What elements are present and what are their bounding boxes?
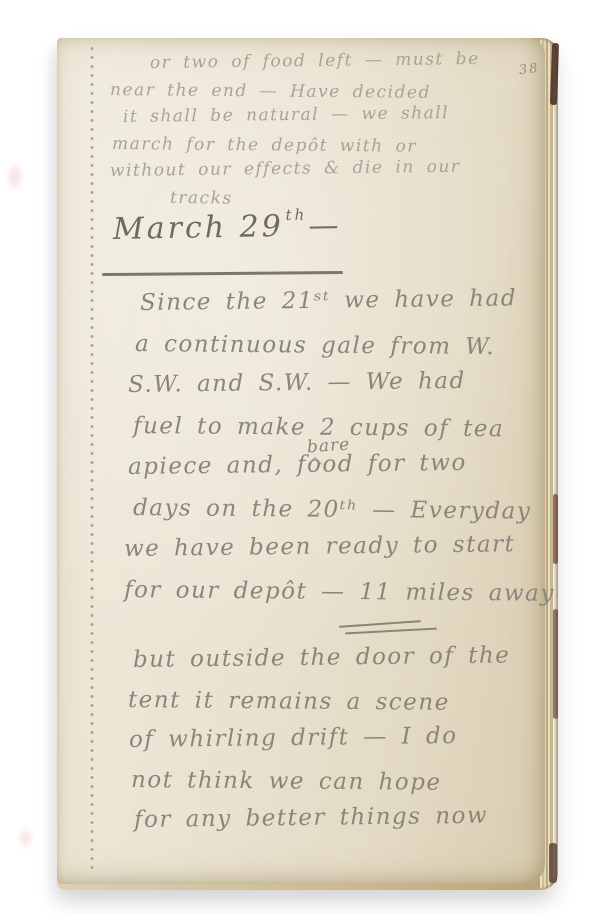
heading-date-text: March 29 (113, 209, 284, 247)
photo-artifact-smudge (20, 830, 31, 846)
diary-entry-second-paragraph: but outside the door of the tent it rema… (121, 640, 510, 840)
notebook: 38 or two of food left — must be near th… (57, 38, 558, 890)
handwritten-line: but outside the door of the (133, 635, 511, 680)
cover-edge-mark (549, 843, 557, 883)
handwritten-line: for any better things now (134, 795, 511, 840)
perforation-line (90, 46, 94, 872)
heading-ordinal: th (285, 206, 307, 224)
page-number: 38 (518, 61, 540, 78)
handwritten-line: or two of food left — must be (150, 46, 480, 77)
handwritten-line: Since the 21ˢᵗ we have had (140, 278, 555, 324)
handwritten-line: we have been ready to start (124, 524, 555, 570)
cover-edge-mark (550, 43, 559, 105)
photo-artifact-smudge (8, 166, 22, 188)
previous-entry-continuation: or two of food left — must be near the e… (107, 50, 480, 212)
handwritten-line: for our depôt — 11 miles away (124, 570, 555, 615)
double-underline-mark (345, 628, 437, 635)
cover-edge-mark (553, 609, 558, 719)
handwritten-line: of whirling drift — I do (129, 715, 511, 760)
entry-date-heading: March 29th— (113, 208, 342, 247)
inserted-word-above-line: bare (306, 435, 351, 458)
handwritten-line: without our effects & die in our (110, 153, 480, 185)
handwritten-line: S.W. and S.W. — We had (128, 360, 555, 406)
double-underline-mark (339, 620, 421, 628)
heading-dash: — (308, 208, 342, 244)
notebook-page: 38 or two of food left — must be near th… (57, 38, 545, 884)
photo-background: 38 or two of food left — must be near th… (0, 0, 600, 914)
heading-underline (102, 271, 343, 276)
handwritten-line: it shall be natural — we shall (123, 100, 480, 131)
